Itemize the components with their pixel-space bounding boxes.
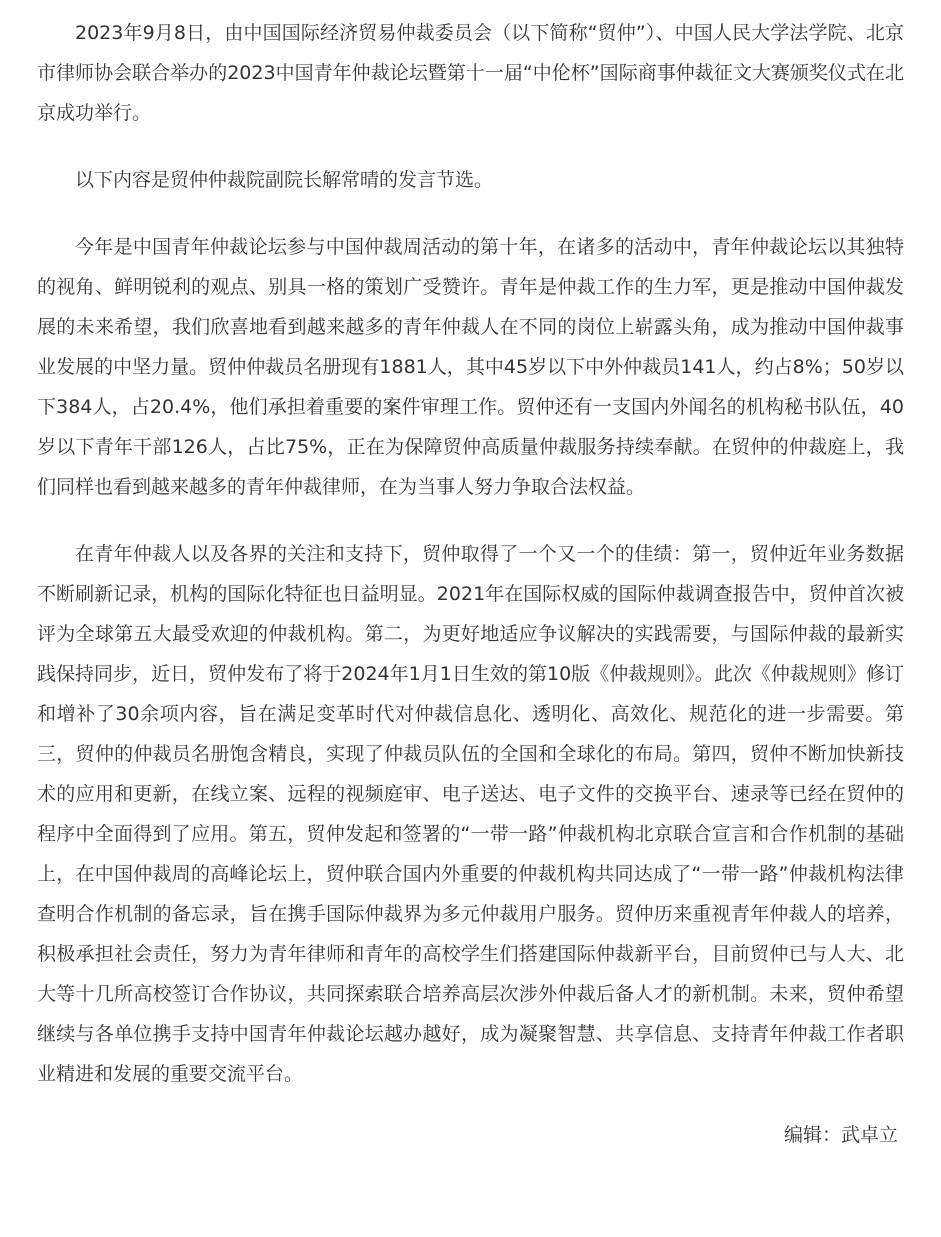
article-body: 2023年9月8日，由中国国际经济贸易仲裁委员会（以下简称“贸仲”）、中国人民大… xyxy=(0,0,941,1155)
paragraph-intro: 2023年9月8日，由中国国际经济贸易仲裁委员会（以下简称“贸仲”）、中国人民大… xyxy=(37,13,904,133)
editor-credit: 编辑：武卓立 xyxy=(37,1115,904,1155)
paragraph-youth-forum: 今年是中国青年仲裁论坛参与中国仲裁周活动的第十年，在诸多的活动中，青年仲裁论坛以… xyxy=(37,227,904,507)
paragraph-speech-note: 以下内容是贸仲仲裁院副院长解常晴的发言节选。 xyxy=(37,160,904,200)
paragraph-achievements: 在青年仲裁人以及各界的关注和支持下，贸仲取得了一个又一个的佳绩：第一，贸仲近年业… xyxy=(37,534,904,1094)
